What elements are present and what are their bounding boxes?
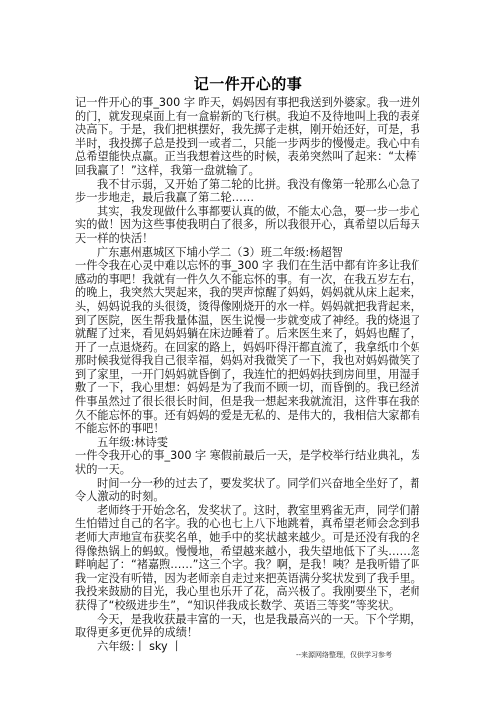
text-line: 今天，是我收获最丰富的一天，也是我最高兴的一天。下个学期，我一定要 bbox=[75, 613, 419, 627]
text-line: 头，妈妈说我的头很烫，烫得像刚烧开的水一样。妈妈就把我背起来，背去医院， bbox=[75, 300, 419, 314]
document-title: 记一件开心的事 bbox=[0, 73, 496, 94]
text-line: 我投来鼓励的目光，我心里也乐开了花，高兴极了。我刚要坐下，老师又宣布我 bbox=[75, 585, 419, 599]
text-line: 那时候我觉得我自己很幸福，妈妈对我微笑了一下，我也对妈妈微笑了一下。回 bbox=[75, 354, 419, 368]
text-line: 记一件开心的事_300 字 昨天，妈妈因有事把我送到外婆家。我一进外婆家 bbox=[75, 96, 419, 110]
text-line: 就醒了过来，看见妈妈躺在床边睡着了。后来医生来了，妈妈也醒了，医生帮我 bbox=[75, 327, 419, 341]
text-line: 令人激动的时刻。 bbox=[75, 490, 419, 504]
text-line: 其实，我发现做什么事都要认真的做，不能太心急，要一步一步心平气和踏 bbox=[75, 205, 419, 219]
text-line: 实的做！因为这些事使我明白了很多，所以我很开心，真希望以后每天都能和今 bbox=[75, 218, 419, 232]
text-line: 敷了一下，我心里想：妈妈是为了我而不顾一切，而昏倒的。我已经流泪了。这 bbox=[75, 381, 419, 395]
text-line: 久不能忘怀的事。还有妈妈的爱是无私的、是伟大的，我相信大家都有很多久久 bbox=[75, 409, 419, 423]
text-line: 不能忘怀的事吧！ bbox=[75, 422, 419, 436]
text-line: 开了一点退烧药。在回家的路上，妈妈吓得汗都直流了，我拿纸巾个妈妈擦汗， bbox=[75, 341, 419, 355]
text-line: 状的一天。 bbox=[75, 463, 419, 477]
text-line: 生怕错过自己的名字。我的心也七上八下地跳着，真希望老师会念到我的名字。 bbox=[75, 517, 419, 531]
document-body: 记一件开心的事_300 字 昨天，妈妈因有事把我送到外婆家。我一进外婆家的门，就… bbox=[75, 96, 419, 653]
text-line: 畔响起了：“褚嘉煦……”这三个字。我？啊，是我！咦？是我听错了吗？不， bbox=[75, 558, 419, 572]
text-line: 老师终于开始念名，发奖状了。这时，教室里鸦雀无声，同学们静静地听着， bbox=[75, 504, 419, 518]
text-line: 到了医院，医生帮我量体温，医生说慢一步就变成了神经。我的烧退了之后，我 bbox=[75, 314, 419, 328]
text-line: 我一定没有听错，因为老师亲自走过来把英语满分奖状发到了我手里。同学们向 bbox=[75, 572, 419, 586]
text-line: 总希望能快点赢。正当我想着这些的时候，表弟突然叫了起来：“太棒了，第一 bbox=[75, 150, 419, 164]
text-line: 到了家里，一开门妈妈就昏倒了，我连忙的把妈妈扶到房间里，用湿手巾帮妈妈 bbox=[75, 368, 419, 382]
text-line: 取得更多更优异的成绩！ bbox=[75, 626, 419, 640]
text-line: 步一步地走，最后我赢了第二轮…… bbox=[75, 191, 419, 205]
text-line: 的门，就发现桌面上有一盒崭新的飞行棋。我迫不及待地叫上我的表弟，与我一 bbox=[75, 110, 419, 124]
text-line: 件事虽然过了很长很长时间，但是我一想起来我就流泪，这件事在我的心中是久 bbox=[75, 395, 419, 409]
text-line: 一件令我开心的事_300 字 寒假前最后一天，是学校举行结业典礼，发放奖 bbox=[75, 449, 419, 463]
text-line: 得像热锅上的蚂蚁。慢慢地，希望越来越小，我失望地低下了头……忽然，我耳 bbox=[75, 545, 419, 559]
text-line: 的晚上，我突然大哭起来，我的哭声惊醒了妈妈，妈妈就从床上起来，摸摸我的 bbox=[75, 286, 419, 300]
text-line: 天一样的快活！ bbox=[75, 232, 419, 246]
text-line: 我不甘示弱，又开始了第二轮的比拼。我没有像第一轮那么心急了，而是一 bbox=[75, 178, 419, 192]
source-footer: --来源网络整理，仅供学习参考 bbox=[296, 650, 392, 660]
text-line: 获得了“校级进步生”，“知识伴我成长数学、英语三等奖”等奖状。 bbox=[75, 599, 419, 613]
text-line: 五年级:林诗雯 bbox=[75, 436, 419, 450]
text-line: 一件令我在心灵中难以忘怀的事_300 字 我们在生活中都有许多让我们难忘、 bbox=[75, 259, 419, 273]
text-line: 广东惠州惠城区下埔小学二（3）班二年级:杨超智 bbox=[75, 246, 419, 260]
text-line: 回我赢了！”这样，我第一盘就输了。 bbox=[75, 164, 419, 178]
text-line: 决高下。于是，我们把棋摆好，我先掷子走棋，刚开始还好，可是，我们玩到一 bbox=[75, 123, 419, 137]
text-line: 老师大声地宣布获奖名单，她手中的奖状越来越少。可是还没有我的名字，我急 bbox=[75, 531, 419, 545]
text-line: 半时，我投掷子总是投到一或者二，只能一步两步的慢慢走。我心中有种躁动， bbox=[75, 137, 419, 151]
text-line: 感动的事吧！我就有一件久久不能忘怀的事。有一次，在我五岁左右，就在那晚 bbox=[75, 273, 419, 287]
text-line: 时间一分一秒的过去了，要发奖状了。同学们兴奋地全坐好了，都期待这着 bbox=[75, 477, 419, 491]
